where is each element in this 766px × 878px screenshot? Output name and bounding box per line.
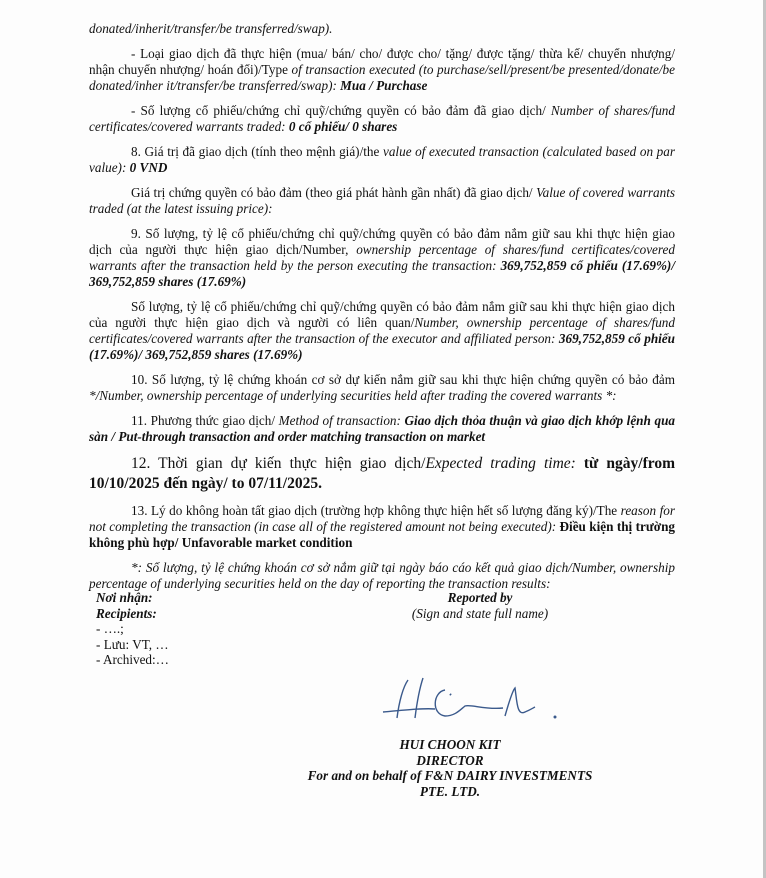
signature-image <box>375 672 575 732</box>
recipient-line: - Lưu: VT, … <box>96 637 169 653</box>
transaction-type: - Loại giao dịch đã thực hiện (mua/ bán/… <box>89 46 675 94</box>
recipients-block: Nơi nhận: Recipients: - ….; - Lưu: VT, …… <box>96 590 169 668</box>
item-10: 10. Số lượng, tỷ lệ chứng khoán cơ sở dự… <box>89 372 675 404</box>
recipients-title-vn: Nơi nhận: <box>96 590 169 606</box>
signer-position: DIRECTOR <box>300 753 600 769</box>
intro-line: donated/inherit/transfer/be transferred/… <box>89 21 675 37</box>
recipient-line: - ….; <box>96 621 169 637</box>
recipient-line: - Archived:… <box>96 652 169 668</box>
recipients-title-en: Recipients: <box>96 606 169 622</box>
shares-traded: - Số lượng cổ phiếu/chứng chỉ quỹ/chứng … <box>89 103 675 135</box>
sign-instruction: (Sign and state full name) <box>380 606 580 622</box>
item-8-value: 0 VND <box>130 160 168 175</box>
reported-by-label: Reported by <box>380 590 580 606</box>
document-body: donated/inherit/transfer/be transferred/… <box>89 21 675 592</box>
transaction-type-value: Mua / Purchase <box>340 78 427 93</box>
item-9: 9. Số lượng, tỷ lệ cổ phiếu/chứng chỉ qu… <box>89 226 675 290</box>
covered-warrant-value: Giá trị chứng quyền có bảo đảm (theo giá… <box>89 185 675 217</box>
item-12: 12. Thời gian dự kiến thực hiện giao dịc… <box>89 454 675 494</box>
shares-traded-value: 0 cổ phiếu/ 0 shares <box>289 119 397 134</box>
signer-name: HUI CHOON KIT <box>300 737 600 753</box>
footnote: *: Số lượng, tỷ lệ chứng khoán cơ sở nắm… <box>89 560 675 592</box>
item-8: 8. Giá trị đã giao dịch (tính theo mệnh … <box>89 144 675 176</box>
item-9b: Số lượng, tỷ lệ cổ phiếu/chứng chỉ quỹ/c… <box>89 299 675 363</box>
reporter-block: Reported by (Sign and state full name) <box>380 590 580 621</box>
item-13: 13. Lý do không hoàn tất giao dịch (trườ… <box>89 503 675 551</box>
signer-behalf: For and on behalf of F&N DAIRY INVESTMEN… <box>300 768 600 799</box>
signer-block: HUI CHOON KIT DIRECTOR For and on behalf… <box>300 737 600 799</box>
document-page: donated/inherit/transfer/be transferred/… <box>0 0 763 878</box>
item-11: 11. Phương thức giao dịch/ Method of tra… <box>89 413 675 445</box>
